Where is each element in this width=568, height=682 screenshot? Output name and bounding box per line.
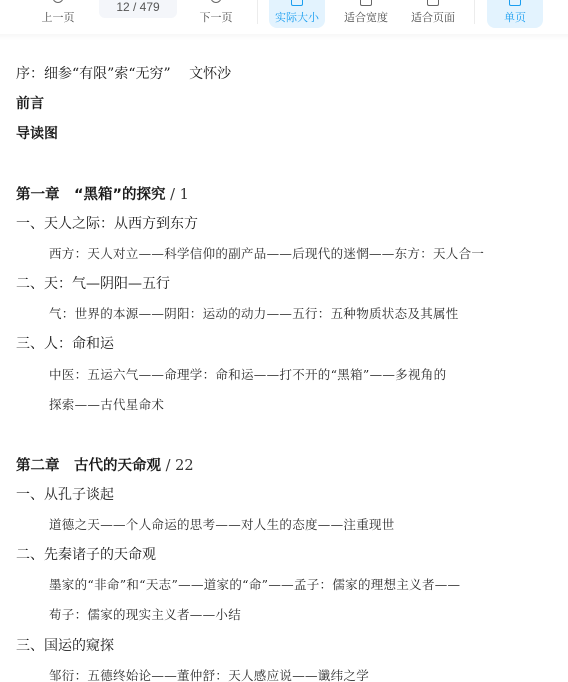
toc-subsection: 中医：五运六气——命理学：命和运——打不开的“黑箱”——多视角的 [49, 365, 446, 383]
actual-size-button[interactable]: 实际大小 [269, 0, 325, 28]
toc-subsection: 气：世界的本源——阴阳：运动的动力——五行：五种物质状态及其属性 [49, 304, 459, 322]
chapter-page-number: / 1 [166, 187, 189, 203]
single-page-button[interactable]: 单页 [487, 0, 543, 28]
toolbar-shadow [0, 34, 568, 40]
toc-section[interactable]: 二、天：气—阴阳—五行 [16, 273, 170, 293]
chapter-page-number: / 22 [161, 458, 194, 474]
toc-chapter-2[interactable]: 第二章 古代的天命观 / 22 [16, 454, 194, 475]
toc-subsection: 西方：天人对立——科学信仰的副产品——后现代的迷惘——东方：天人合一 [49, 244, 484, 262]
fit-width-label: 适合宽度 [344, 11, 388, 25]
toc-subsection: 荀子：儒家的现实主义者——小结 [49, 605, 241, 623]
next-page-label: 下一页 [200, 11, 233, 25]
next-page-button[interactable]: 下一页 [196, 0, 236, 28]
page-indicator[interactable]: 12 / 479 [99, 0, 177, 18]
toolbar-divider [474, 0, 475, 24]
fit-width-button[interactable]: 适合宽度 [339, 0, 393, 28]
toc-section[interactable]: 二、先秦诸子的天命观 [16, 544, 156, 564]
single-page-icon [509, 0, 521, 6]
fit-page-icon [427, 0, 439, 6]
toc-section[interactable]: 三、人：命和运 [16, 333, 114, 353]
toc-section[interactable]: 三、国运的窥探 [16, 635, 114, 655]
toc-subsection: 探索——古代星命术 [49, 395, 164, 413]
toc-section[interactable]: 一、从孔子谈起 [16, 484, 114, 504]
fit-page-label: 适合页面 [411, 11, 455, 25]
chapter-title: 第一章 “黑箱”的探究 [16, 187, 166, 203]
single-page-label: 单页 [504, 11, 526, 25]
toc-chapter-1[interactable]: 第一章 “黑箱”的探究 / 1 [16, 183, 189, 204]
actual-size-label: 实际大小 [275, 11, 319, 25]
toc-subsection: 邹衍：五德终始论——董仲舒：天人感应说——谶纬之学 [49, 666, 369, 682]
toc-subsection: 道德之天——个人命运的思考——对人生的态度——注重现世 [49, 515, 395, 533]
toc-subsection: 墨家的“非命”和“天志”——道家的“命”——孟子：儒家的理想主义者—— [49, 575, 460, 593]
arrow-up-circle-icon [53, 0, 64, 3]
actual-size-icon [291, 0, 303, 6]
viewer-toolbar: 上一页 12 / 479 下一页 实际大小 适合宽度 适合页面 单页 [0, 0, 568, 34]
toc-foreword[interactable]: 前言 [16, 93, 44, 113]
prev-page-button[interactable]: 上一页 [38, 0, 78, 28]
toc-reading-guide[interactable]: 导读图 [16, 123, 58, 143]
arrow-down-circle-icon [211, 0, 222, 3]
fit-page-button[interactable]: 适合页面 [406, 0, 460, 28]
toc-preface[interactable]: 序：细参“有限”索“无穷” 文怀沙 [16, 63, 231, 83]
toolbar-divider [257, 0, 258, 24]
prev-page-label: 上一页 [42, 11, 75, 25]
chapter-title: 第二章 古代的天命观 [16, 458, 161, 474]
toc-section[interactable]: 一、天人之际：从西方到东方 [16, 213, 198, 233]
fit-width-icon [360, 0, 372, 6]
